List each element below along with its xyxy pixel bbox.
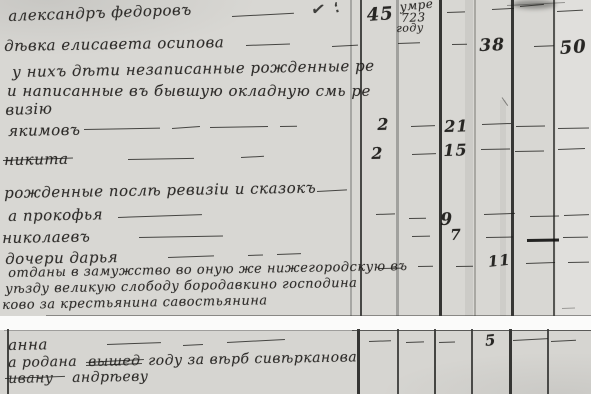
column-rule [511,0,514,316]
entry-name: а прокофья [8,205,103,225]
ledger-number: 2 [377,115,390,134]
ink-smudge [512,0,556,9]
entry-note-struck: ивану [8,370,54,387]
entry-name: анна [8,335,48,354]
entry-note: а родана [8,354,77,371]
ledger-number: 7 [450,226,462,244]
ink-dash [527,238,559,242]
entry-note: и написанные въ бывшую окладную смь ре [7,82,371,100]
column-rule [474,0,476,316]
ledger-number: 45 [366,3,394,26]
ledger-number: 38 [479,35,505,56]
entry-name: якимовъ [8,121,81,140]
death-note-line: году [396,21,424,35]
column-rule [471,329,473,394]
column-rule [439,0,442,316]
strip-edge-rule [4,330,354,331]
entry-name: никита [4,150,69,169]
ledger-number: 21 [444,116,469,136]
ledger-number: 15 [443,140,468,160]
entry-note: андрѣеву [72,369,149,386]
ledger-number: 2 [371,144,384,163]
entry-name: николаевъ [2,227,90,247]
column-rule [397,329,399,394]
ledger-number: 50 [559,36,587,59]
strip-edge-rule [46,315,591,316]
entry-note-struck: вышед [88,353,141,370]
strip-edge-rule [352,330,591,331]
entry-note: визiю [5,99,53,119]
entry-name: дѣвка елисавета осипова [4,33,224,55]
rule-shadow-band [500,100,506,316]
column-rule [509,329,512,394]
column-rule [357,329,360,394]
ledger-number: 11 [487,251,512,271]
scan-gap [0,316,591,330]
scan-page: александръ федоровъдѣвка елисавета осипо… [0,0,591,394]
column-rule [553,0,555,316]
ledger-number: 5 [484,331,497,350]
column-rule [434,329,436,394]
